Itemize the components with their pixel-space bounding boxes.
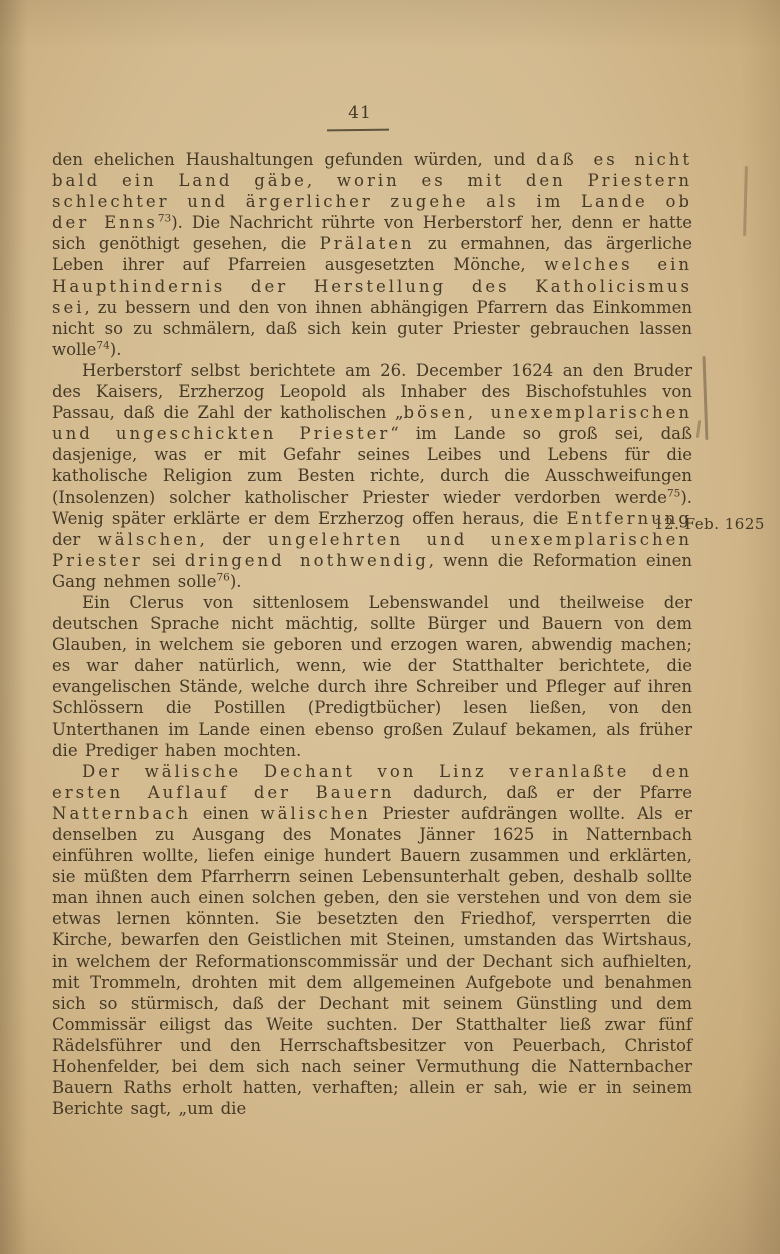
text-segment: einen bbox=[191, 804, 260, 823]
text-segment: der bbox=[52, 530, 98, 549]
text-segment: wälschen bbox=[98, 530, 200, 549]
paragraph: Ein Clerus von sittenlosem Lebenswandel … bbox=[52, 592, 692, 761]
pencil-mark bbox=[743, 166, 747, 236]
text-segment: ). bbox=[110, 340, 122, 359]
margin-note-date: 12. Feb. 1625 bbox=[654, 515, 780, 533]
text-segment: , der bbox=[200, 530, 268, 549]
footnote-ref: 73 bbox=[158, 213, 171, 225]
page-number-underline bbox=[327, 129, 389, 132]
footnote-ref: 74 bbox=[96, 339, 109, 351]
pencil-mark bbox=[703, 356, 708, 440]
footnote-ref: 76 bbox=[216, 571, 229, 583]
text-segment: wälischen bbox=[261, 804, 371, 823]
text-segment: ). bbox=[230, 572, 242, 591]
text-segment: dadurch, daß er der Pfarre bbox=[395, 783, 692, 802]
book-page-scan: 41 den ehelichen Haushaltungen gefunden … bbox=[0, 0, 780, 1254]
paragraph: den ehelichen Haushaltungen gefunden wür… bbox=[52, 149, 692, 360]
page-number: 41 bbox=[330, 103, 390, 123]
text-segment: den ehelichen Haushaltungen gefunden wür… bbox=[52, 150, 536, 169]
text-segment: Ein Clerus von sittenlosem Lebenswandel … bbox=[52, 593, 692, 760]
text-segment: Natternbach bbox=[52, 804, 191, 823]
paragraph: Herberstorf selbst berichtete am 26. Dec… bbox=[52, 360, 692, 592]
text-segment: Priester aufdrängen wollte. Als er dense… bbox=[52, 804, 692, 1118]
text-segment: Prälaten bbox=[320, 234, 415, 253]
body-text: den ehelichen Haushaltungen gefunden wür… bbox=[52, 149, 692, 1119]
footnote-ref: 75 bbox=[667, 487, 680, 499]
text-segment: dringend nothwendig bbox=[185, 551, 429, 570]
paragraph: Der wälische Dechant von Linz veranlaßte… bbox=[52, 761, 692, 1120]
pencil-mark bbox=[696, 420, 701, 438]
text-segment: sei bbox=[143, 551, 185, 570]
text-segment: , zu bessern und den von ihnen abhängige… bbox=[52, 298, 692, 359]
